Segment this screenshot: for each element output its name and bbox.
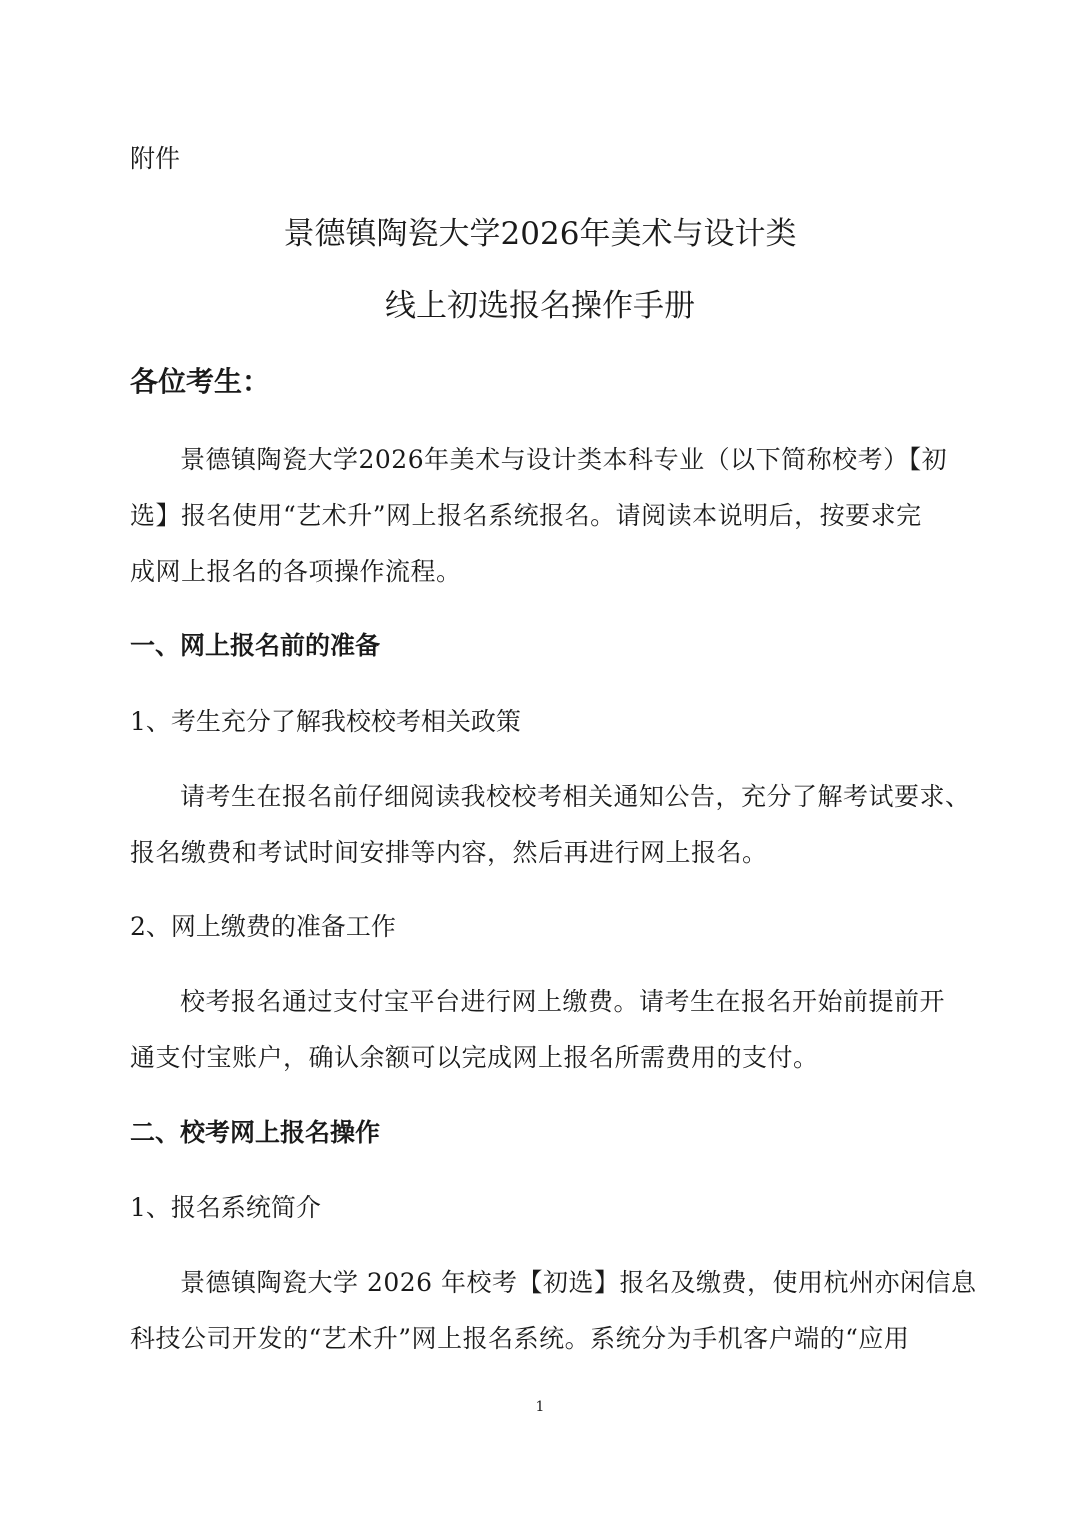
intro-line-3: 成网上报名的各项操作流程。	[130, 559, 462, 584]
document-title-line2: 线上初选报名操作手册	[0, 291, 1080, 322]
section2-item1-title: 1、报名系统简介	[130, 1195, 321, 1220]
salutation: 各位考生：	[130, 368, 270, 396]
intro-line-2: 选】报名使用“艺术升”网上报名系统报名。请阅读本说明后，按要求完	[130, 503, 922, 528]
attachment-label: 附件	[130, 146, 180, 171]
page-number: 1	[0, 1400, 1080, 1414]
section1-item2-line-1: 校考报名通过支付宝平台进行网上缴费。请考生在报名开始前提前开	[180, 989, 945, 1014]
section1-item2-line-2: 通支付宝账户，确认余额可以完成网上报名所需费用的支付。	[130, 1045, 819, 1070]
section1-item1-line-1: 请考生在报名前仔细阅读我校校考相关通知公告，充分了解考试要求、	[180, 784, 971, 809]
document-title-line1: 景德镇陶瓷大学2026年美术与设计类	[0, 219, 1080, 250]
section1-item2-title: 2、网上缴费的准备工作	[130, 914, 396, 939]
document-page: 附件 景德镇陶瓷大学2026年美术与设计类 线上初选报名操作手册 各位考生： 景…	[0, 0, 1080, 1527]
section1-item1-line-2: 报名缴费和考试时间安排等内容，然后再进行网上报名。	[130, 840, 768, 865]
intro-line-1: 景德镇陶瓷大学2026年美术与设计类本科专业（以下简称校考）【初	[180, 447, 947, 472]
section1-item1-title: 1、考生充分了解我校校考相关政策	[130, 709, 521, 734]
section2-item1-line-2: 科技公司开发的“艺术升”网上报名系统。系统分为手机客户端的“应用	[130, 1326, 909, 1351]
section2-heading: 二、校考网上报名操作	[130, 1120, 380, 1145]
section1-heading: 一、网上报名前的准备	[130, 633, 380, 658]
section2-item1-line-1: 景德镇陶瓷大学 2026 年校考【初选】报名及缴费，使用杭州亦闲信息	[180, 1270, 977, 1295]
